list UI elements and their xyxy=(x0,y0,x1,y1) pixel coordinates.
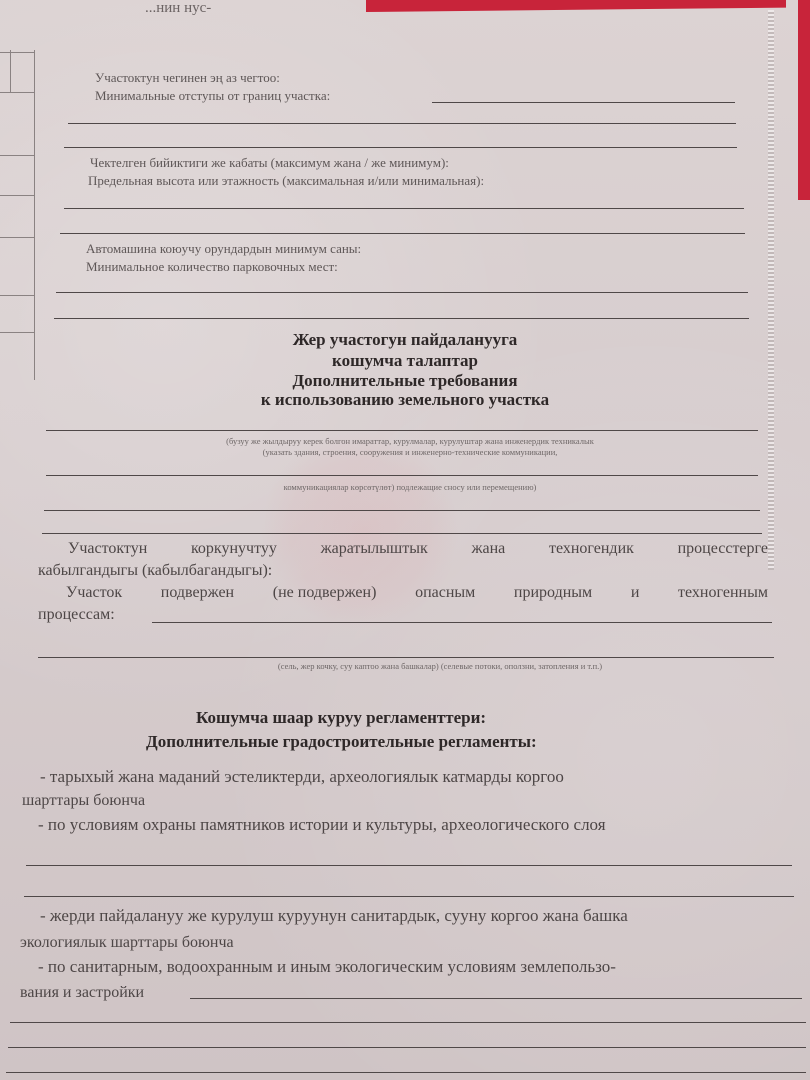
regulation-item2-field-line-4[interactable] xyxy=(6,1072,806,1073)
requirements-hint-ru: (указать здания, строения, сооружения и … xyxy=(100,447,720,457)
regulation-item2-field-line-2[interactable] xyxy=(10,1022,806,1023)
hazard-label-ky-line-1: Участоктун коркунучтуу жаратылыштык жана… xyxy=(68,540,768,558)
parking-label-ru: Минимальное количество парковочных мест: xyxy=(86,259,338,275)
parking-label-ky: Автомашина коюучу орундардын минимум сан… xyxy=(86,241,361,257)
hazard-field-line-1[interactable] xyxy=(152,622,772,623)
parking-field-line-1[interactable] xyxy=(56,292,748,293)
setback-field-line-3[interactable] xyxy=(64,147,737,148)
requirements-field-line-1[interactable] xyxy=(46,430,758,431)
regulation-item2-ky-line-1: - жерди пайдалануу же курулуш куруунун с… xyxy=(40,906,628,926)
requirements-heading-line-4: к использованию земельного участка xyxy=(0,390,810,410)
parking-field-line-2[interactable] xyxy=(54,318,749,319)
regulation-item2-ky-line-2: экологиялык шарттары боюнча xyxy=(20,934,234,952)
requirements-heading-line-1: Жер участогун пайдаланууга xyxy=(0,330,810,350)
regulations-heading-ru: Дополнительные градостроительные регламе… xyxy=(146,732,537,752)
regulation-item1-field-line-1[interactable] xyxy=(26,865,792,866)
red-cover-edge-right xyxy=(798,0,810,200)
regulation-item2-ru-line-2: вания и застройки xyxy=(20,984,144,1002)
regulation-item1-ky-line-2: шарттары боюнча xyxy=(22,792,145,810)
hazard-field-line-2[interactable] xyxy=(38,657,774,658)
requirements-hint-demolition: коммуникациялар көрсөтүлөт) подлежащие с… xyxy=(100,482,720,492)
regulation-item1-ky-line-1: - тарыхый жана маданий эстеликтерди, арх… xyxy=(40,767,564,787)
regulation-item2-ru-line-1: - по санитарным, водоохранным и иным эко… xyxy=(38,957,616,977)
regulation-item1-field-line-2[interactable] xyxy=(24,896,794,897)
height-field-line-1[interactable] xyxy=(64,208,744,209)
regulation-item2-field-line-3[interactable] xyxy=(8,1047,806,1048)
setback-field-line-2[interactable] xyxy=(68,123,736,124)
height-field-line-2[interactable] xyxy=(60,233,745,234)
height-label-ru: Предельная высота или этажность (максима… xyxy=(88,173,484,189)
page-stitching xyxy=(768,10,774,570)
document-page: ...нин нус- Участоктун чегинен эң аз чег… xyxy=(0,0,810,1080)
setback-label-ky: Участоктун чегинен эң аз чегтоо: xyxy=(95,70,280,86)
regulation-item2-field-line-1[interactable] xyxy=(190,998,802,999)
regulation-item1-ru: - по условиям охраны памятников истории … xyxy=(38,815,606,835)
requirements-hint-ky: (бузуу же жылдыруу керек болгон имаратта… xyxy=(100,436,720,446)
hazard-label-ru-line-1: Участок подвержен (не подвержен) опасным… xyxy=(66,584,768,602)
requirements-field-line-2[interactable] xyxy=(46,475,758,476)
hazard-hint: (сель, жер кочку, суу каптоо жана башкал… xyxy=(140,661,740,671)
requirements-heading-line-2: кошумча талаптар xyxy=(0,351,810,371)
setback-field-line-1[interactable] xyxy=(432,102,735,103)
red-cover-edge-top xyxy=(366,0,786,12)
height-label-ky: Чектелген бийиктиги же кабаты (максимум … xyxy=(90,155,449,171)
requirements-field-line-4[interactable] xyxy=(42,533,762,534)
requirements-heading-line-3: Дополнительные требования xyxy=(0,371,810,391)
hazard-label-ru-line-2: процессам: xyxy=(38,606,115,624)
hazard-label-ky-line-2: кабылгандыгы (кабылбагандыгы): xyxy=(38,562,272,580)
requirements-field-line-3[interactable] xyxy=(44,510,760,511)
setback-label-ru: Минимальные отступы от границ участка: xyxy=(95,88,330,104)
regulations-heading-ky: Кошумча шаар куруу регламенттери: xyxy=(196,708,486,728)
top-text-fragment: ...нин нус- xyxy=(145,0,211,17)
